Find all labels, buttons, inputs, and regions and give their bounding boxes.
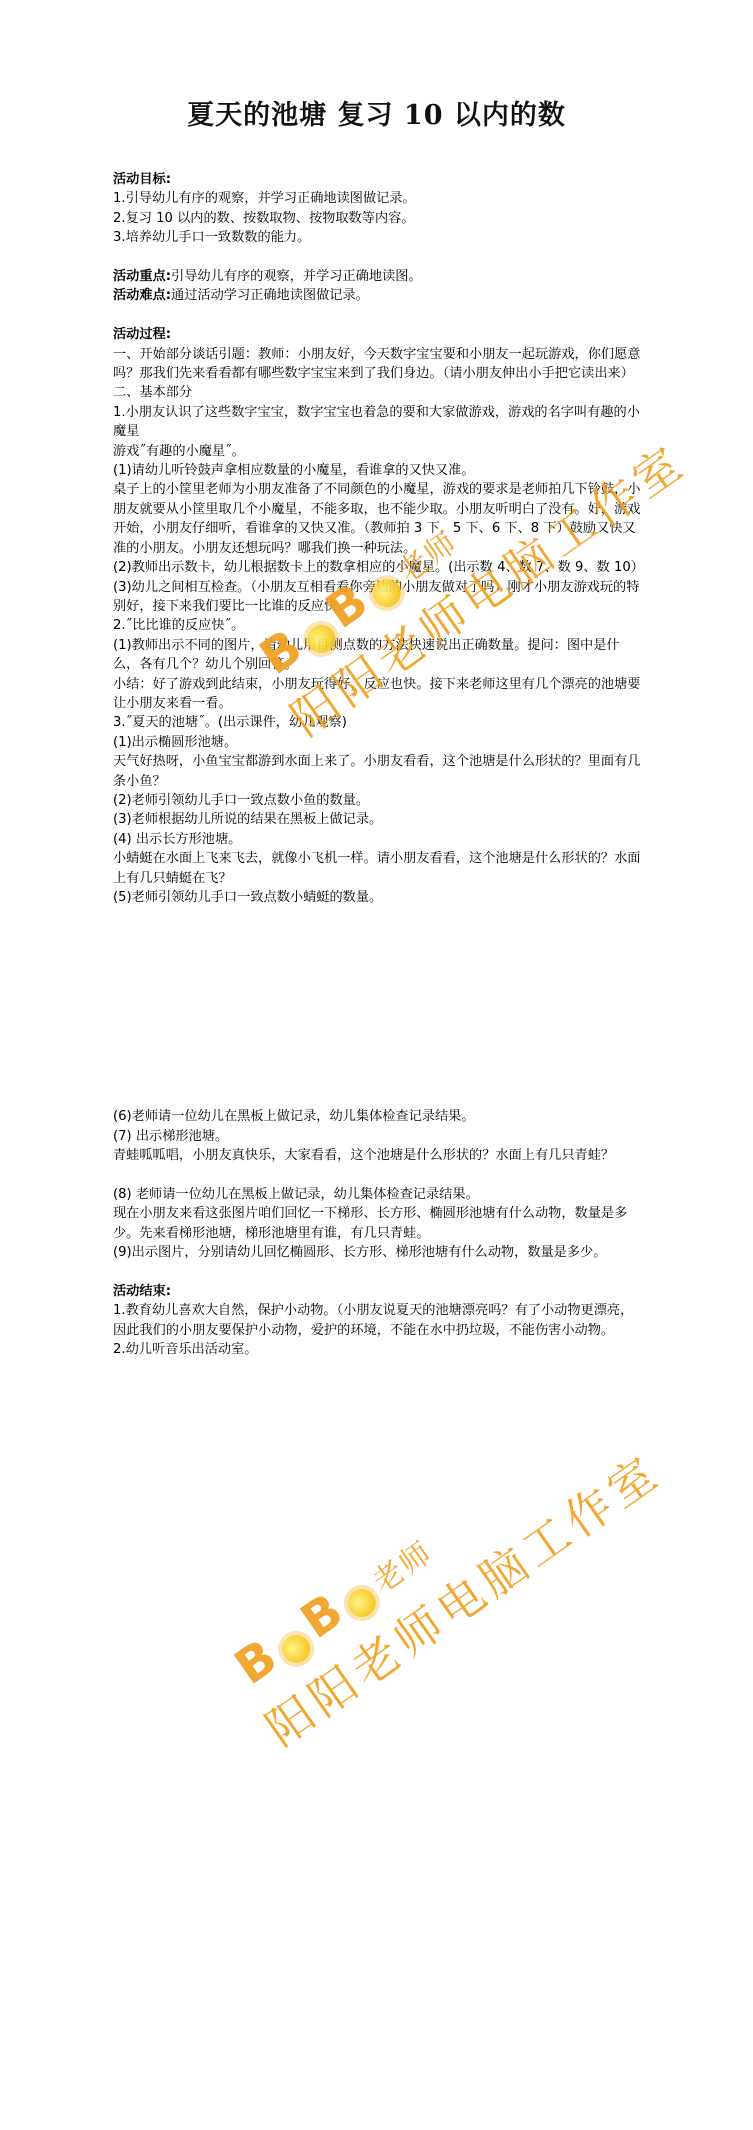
document-page: 夏天的池塘 复习 10 以内的数 活动目标: 1.引导幼儿有序的观察，并学习正确… bbox=[0, 0, 753, 2130]
process-line: 2.˝比比谁的反应快˝。 bbox=[113, 616, 643, 635]
ending-item: 2.幼儿听音乐出活动室。 bbox=[113, 1340, 643, 1359]
difficulty-point: 活动难点:通过活动学习正确地读图做记录。 bbox=[113, 286, 643, 305]
process-line: (3)老师根据幼儿所说的结果在黑板上做记录。 bbox=[113, 810, 643, 829]
process-line: (1)出示椭圆形池塘。 bbox=[113, 733, 643, 752]
ending-section: 活动结束: 1.教育幼儿喜欢大自然，保护小动物。（小朋友说夏天的池塘漂亮吗？有了… bbox=[113, 1282, 643, 1360]
goal-item: 2.复习 10 以内的数、按数取物、按物取数等内容。 bbox=[113, 209, 643, 228]
document-body: 活动目标: 1.引导幼儿有序的观察，并学习正确地读图做记录。 2.复习 10 以… bbox=[113, 170, 643, 1360]
process-heading: 活动过程: bbox=[113, 325, 643, 344]
process-line: (7) 出示梯形池塘。 bbox=[113, 1127, 643, 1146]
process-line: (6)老师请一位幼儿在黑板上做记录，幼儿集体检查记录结果。 bbox=[113, 1107, 643, 1126]
difficulty-label: 活动难点: bbox=[113, 288, 171, 303]
ending-item: 1.教育幼儿喜欢大自然，保护小动物。（小朋友说夏天的池塘漂亮吗？有了小动物更漂亮… bbox=[113, 1301, 643, 1340]
spacer bbox=[113, 306, 643, 325]
goal-item: 1.引导幼儿有序的观察，并学习正确地读图做记录。 bbox=[113, 189, 643, 208]
process-line: 二、基本部分 bbox=[113, 383, 643, 402]
process-line: 小结：好了游戏到此结束，小朋友玩得好，反应也快。接下来老师这里有几个漂亮的池塘要… bbox=[113, 675, 643, 714]
process-line: 现在小朋友来看这张图片咱们回忆一下梯形、长方形、椭圆形池塘有什么动物，数量是多少… bbox=[113, 1204, 643, 1243]
page-title: 夏天的池塘 复习 10 以内的数 bbox=[0, 93, 753, 132]
watermark-small-text: 老师 bbox=[367, 1535, 440, 1600]
watermark-logo-letter: B bbox=[291, 1583, 353, 1650]
process-line: 游戏˝有趣的小魔星˝。 bbox=[113, 442, 643, 461]
process-line: (9)出示图片，分别请幼儿回忆椭圆形、长方形、梯形池塘有什么动物，数量是多少。 bbox=[113, 1243, 643, 1262]
goal-item: 3.培养幼儿手口一致数数的能力。 bbox=[113, 228, 643, 247]
process-line: 天气好热呀，小鱼宝宝都游到水面上来了。小朋友看看，这个池塘是什么形状的？里面有几… bbox=[113, 752, 643, 791]
process-line: (1)教师出示不同的图片，请幼儿用目测点数的方法快速说出正确数量。提问：图中是什… bbox=[113, 636, 643, 675]
process-line: 桌子上的小筐里老师为小朋友准备了不同颜色的小魔星，游戏的要求是老师拍几下铃鼓，小… bbox=[113, 480, 643, 558]
difficulty-text: 通过活动学习正确地读图做记录。 bbox=[171, 288, 369, 303]
spacer bbox=[113, 1263, 643, 1282]
process-line: 1.小朋友认识了这些数字宝宝，数字宝宝也着急的要和大家做游戏，游戏的名字叫有趣的… bbox=[113, 403, 643, 442]
spacer bbox=[113, 1166, 643, 1185]
process-line: (1)请幼儿听铃鼓声拿相应数量的小魔星，看谁拿的又快又准。 bbox=[113, 461, 643, 480]
sun-icon bbox=[342, 1583, 381, 1622]
focus-section: 活动重点:引导幼儿有序的观察，并学习正确地读图。 活动难点:通过活动学习正确地读… bbox=[113, 267, 643, 306]
process-line: (2)老师引领幼儿手口一致点数小鱼的数量。 bbox=[113, 791, 643, 810]
process-line: (8) 老师请一位幼儿在黑板上做记录，幼儿集体检查记录结果。 bbox=[113, 1185, 643, 1204]
process-line: 一、开始部分谈话引题：教师：小朋友好，今天数字宝宝要和小朋友一起玩游戏，你们愿意… bbox=[113, 345, 643, 384]
goals-section: 活动目标: 1.引导幼儿有序的观察，并学习正确地读图做记录。 2.复习 10 以… bbox=[113, 170, 643, 248]
watermark-logo-letter: B bbox=[225, 1629, 287, 1696]
image-placeholder-gap bbox=[113, 907, 643, 1107]
process-line: (5)老师引领幼儿手口一致点数小蜻蜓的数量。 bbox=[113, 888, 643, 907]
key-point: 活动重点:引导幼儿有序的观察，并学习正确地读图。 bbox=[113, 267, 643, 286]
ending-heading: 活动结束: bbox=[113, 1282, 643, 1301]
key-point-label: 活动重点: bbox=[113, 269, 171, 284]
process-line: (3)幼儿之间相互检查。（小朋友互相看看你旁边的小朋友做对了吗）刚才小朋友游戏玩… bbox=[113, 578, 643, 617]
process-line: 青蛙呱呱唱，小朋友真快乐，大家看看，这个池塘是什么形状的？水面上有几只青蛙？ bbox=[113, 1146, 643, 1165]
process-line: (2)教师出示数卡，幼儿根据数卡上的数拿相应的小魔星。(出示数 4、数 7、数 … bbox=[113, 558, 643, 577]
sun-icon bbox=[276, 1629, 315, 1668]
spacer bbox=[113, 248, 643, 267]
process-line: 3.˝夏天的池塘˝。(出示课件，幼儿观察) bbox=[113, 713, 643, 732]
process-line: 小蜻蜓在水面上飞来飞去，就像小飞机一样。请小朋友看看，这个池塘是什么形状的？水面… bbox=[113, 849, 643, 888]
watermark-big-text: 阳阳老师电脑工作室 bbox=[251, 1436, 672, 1758]
goals-heading: 活动目标: bbox=[113, 170, 643, 189]
process-section: 活动过程: 一、开始部分谈话引题：教师：小朋友好，今天数字宝宝要和小朋友一起玩游… bbox=[113, 325, 643, 1262]
watermark-bottom: BB老师 阳阳老师电脑工作室 bbox=[225, 1387, 672, 1753]
process-line: (4) 出示长方形池塘。 bbox=[113, 830, 643, 849]
key-point-text: 引导幼儿有序的观察，并学习正确地读图。 bbox=[171, 269, 422, 284]
